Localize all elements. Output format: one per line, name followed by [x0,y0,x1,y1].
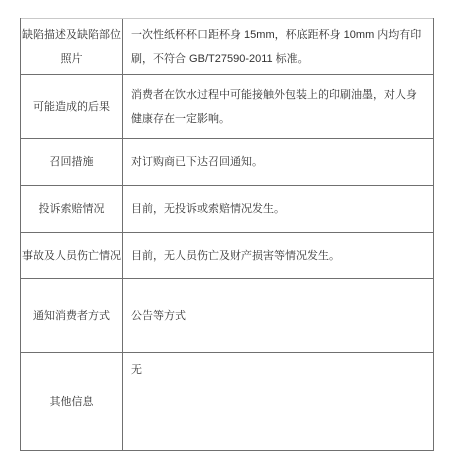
table-row-complaints-claims: 投诉索赔情况 目前，无投诉或索赔情况发生。 [21,185,433,232]
row-label-cell: 投诉索赔情况 [21,186,123,232]
row-content-cell: 一次性纸杯杯口距杯身 15mm，杯底距杯身 10mm 内均有印刷，不符合 GB/… [123,19,433,74]
row-content-cell: 目前，无投诉或索赔情况发生。 [123,186,433,232]
row-content-cell: 对订购商已下达召回通知。 [123,139,433,185]
row-content-cell: 无 [123,353,433,450]
row-label-cell: 召回措施 [21,139,123,185]
row-label-cell: 事故及人员伤亡情况 [21,233,123,278]
row-label-cell: 可能造成的后果 [21,75,123,138]
row-label-cell: 其他信息 [21,353,123,450]
table-row-consumer-notification: 通知消费者方式 公告等方式 [21,278,433,352]
row-content-cell: 消费者在饮水过程中可能接触外包装上的印刷油墨，对人身健康存在一定影响。 [123,75,433,138]
table-row-defect-description: 缺陷描述及缺陷部位照片 一次性纸杯杯口距杯身 15mm，杯底距杯身 10mm 内… [21,18,433,74]
table-row-other-info: 其他信息 无 [21,352,433,450]
row-content-cell: 公告等方式 [123,279,433,352]
table-row-possible-consequences: 可能造成的后果 消费者在饮水过程中可能接触外包装上的印刷油墨，对人身健康存在一定… [21,74,433,138]
row-content-cell: 目前，无人员伤亡及财产损害等情况发生。 [123,233,433,278]
document-page: 缺陷描述及缺陷部位照片 一次性纸杯杯口距杯身 15mm，杯底距杯身 10mm 内… [0,0,458,471]
table-row-recall-measures: 召回措施 对订购商已下达召回通知。 [21,138,433,185]
row-label-cell: 通知消费者方式 [21,279,123,352]
recall-info-table: 缺陷描述及缺陷部位照片 一次性纸杯杯口距杯身 15mm，杯底距杯身 10mm 内… [20,18,434,451]
table-row-accidents-casualties: 事故及人员伤亡情况 目前，无人员伤亡及财产损害等情况发生。 [21,232,433,278]
row-label-cell: 缺陷描述及缺陷部位照片 [21,19,123,74]
